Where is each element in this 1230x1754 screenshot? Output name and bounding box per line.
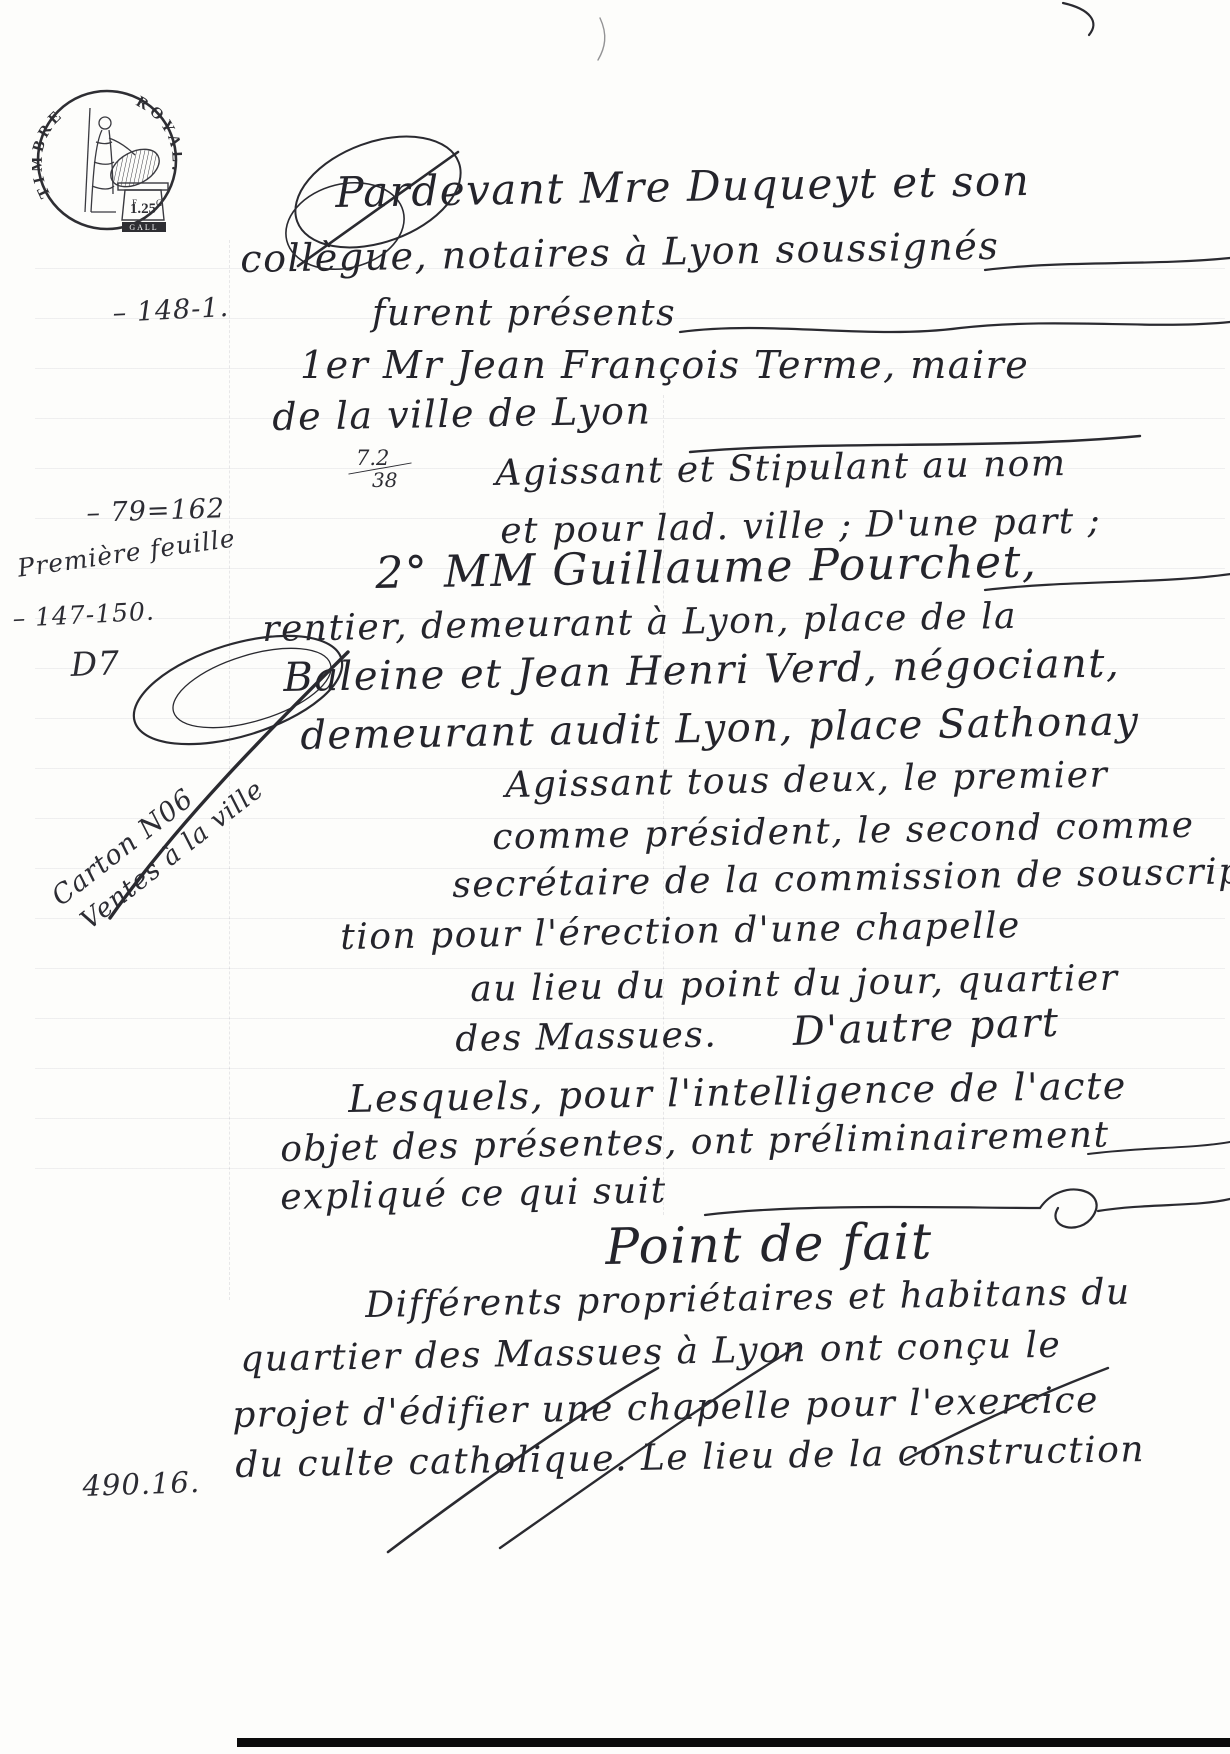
handwritten-line: tion pour l'érection d'une chapelle — [340, 908, 1021, 956]
stamp-base-label: GALL — [129, 223, 158, 232]
initials-d7: D7 — [70, 646, 121, 681]
handwritten-line: des Massues. — [455, 1017, 718, 1058]
handwritten-line: collègue, notaires à Lyon soussignés — [240, 227, 1000, 278]
folio-79-162: – 79=162 — [86, 495, 225, 527]
stamp-pedestal: F 1.25 C GALL — [118, 183, 168, 232]
handwritten-line: secrétaire de la commission de souscrip — [452, 854, 1230, 904]
fraction-denominator: 38 — [372, 468, 397, 492]
stamp-denomination: 1.25 — [130, 201, 156, 217]
handwritten-line: de la ville de Lyon — [272, 391, 652, 436]
handwritten-line: objet des présentes, ont préliminairemen… — [280, 1118, 1110, 1168]
handwritten-line: 2° MM Guillaume Pourchet, — [375, 540, 1038, 596]
handwritten-line: projet d'édifier une chapelle pour l'exe… — [232, 1383, 1099, 1434]
handwritten-line: Lesquels, pour l'intelligence de l'acte — [348, 1066, 1127, 1118]
handwritten-line: du culte catholique. Le lieu de la const… — [235, 1432, 1145, 1484]
bottom-ref: 490.16. — [82, 1468, 201, 1501]
handwritten-line: comme président, le second comme — [492, 808, 1195, 856]
handwritten-line: Pardevant Mre Duqueyt et son — [335, 160, 1031, 214]
svg-text:TIMBRE: TIMBRE — [32, 105, 68, 201]
stamp-sup-centime: C — [156, 198, 162, 208]
handwritten-line: 1er Mr Jean François Terme, maire — [300, 346, 1029, 384]
handwritten-line: demeurant audit Lyon, place Sathonay — [300, 701, 1140, 756]
document-page: TIMBRE ROYAL. F 1.25 C GALL 7.2 38 — [0, 0, 1230, 1754]
premiere-feuille: Première feuille — [16, 525, 237, 580]
stamp-arc-text-left: TIMBRE — [32, 105, 68, 201]
handwritten-line: Différents propriétaires et habitans du — [365, 1275, 1131, 1324]
carton-archive-note: Carton N06 Ventes à la ville — [46, 745, 270, 941]
section-heading: Point de fait — [605, 1216, 933, 1272]
handwritten-line: quartier des Massues à Lyon ont conçu le — [240, 1328, 1062, 1378]
handwritten-line: furent présents — [372, 296, 676, 332]
folio-147-150: – 147-150. — [12, 599, 155, 631]
handwritten-line: D'autre part — [792, 1003, 1060, 1052]
handwritten-line: Baleine et Jean Henri Verd, négociant, — [283, 643, 1120, 698]
handwritten-line: rentier, demeurant à Lyon, place de la — [262, 599, 1017, 648]
handwritten-line: expliqué ce qui suit — [280, 1173, 667, 1216]
handwritten-line: Agissant tous deux, le premier — [505, 757, 1109, 804]
folio-148-1: – 148-1. — [112, 294, 230, 327]
handwritten-line: Agissant et Stipulant au nom — [495, 446, 1067, 492]
royal-stamp: TIMBRE ROYAL. F 1.25 C GALL — [32, 82, 182, 238]
scan-edge-bar — [237, 1738, 1230, 1747]
registration-fraction: 7.2 38 — [350, 446, 420, 492]
